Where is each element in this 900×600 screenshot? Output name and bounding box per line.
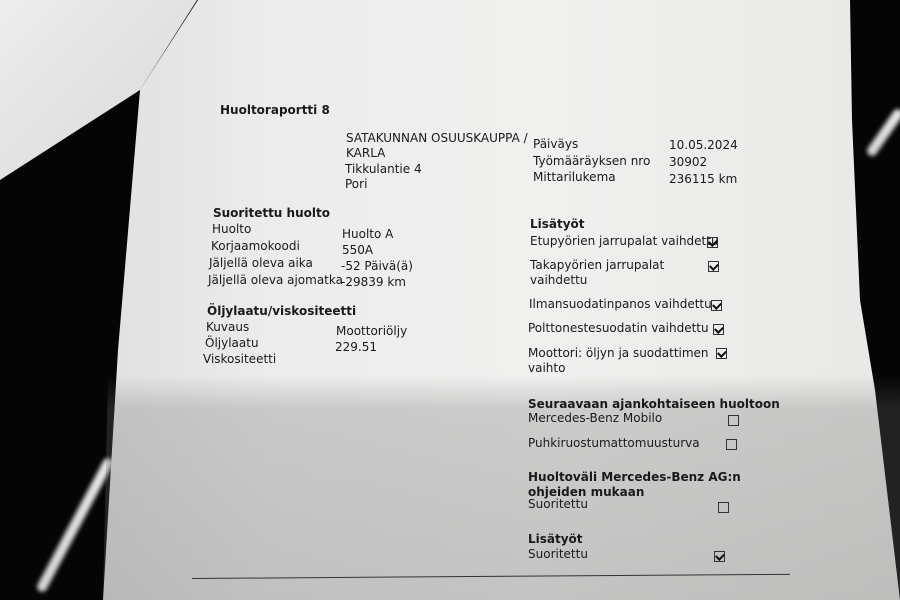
report-title: Huoltoraportti 8: [220, 103, 330, 118]
checklist-label: Ilmansuodatinpanos vaihdettu: [529, 297, 712, 312]
field-label: Huolto: [212, 222, 251, 237]
checklist-label: Polttonestesuodatin vaihdettu: [528, 321, 709, 336]
checkbox-checked[interactable]: [707, 237, 718, 248]
checkbox-unchecked[interactable]: [718, 502, 729, 513]
meta-work-order: 30902: [669, 155, 707, 170]
field-label: Kuvaus: [206, 320, 249, 335]
checkbox-checked[interactable]: [714, 551, 725, 562]
checklist-label: Mercedes-Benz Mobilo: [528, 411, 662, 426]
dealer-name-line2: KARLA: [346, 146, 385, 161]
meta-odometer: 236115 km: [669, 172, 737, 187]
meta-date: 10.05.2024: [669, 138, 738, 153]
checklist-label: Puhkiruostumattomuusturva: [528, 436, 700, 451]
field-value: -52 Päivä(ä): [341, 259, 413, 274]
meta-label: Mittarilukema: [533, 170, 616, 185]
checklist-label: Takapyörien jarrupalat vaihdettu: [530, 258, 680, 288]
dealer-street: Tikkulantie 4: [345, 162, 422, 177]
background-glare: [35, 456, 114, 593]
field-value: Huolto A: [342, 227, 393, 242]
checkbox-unchecked[interactable]: [728, 415, 739, 426]
dealer-name-line1: SATAKUNNAN OSUUSKAUPPA /: [346, 131, 528, 146]
field-label: Öljylaatu: [205, 336, 259, 351]
field-value: -29839 km: [341, 275, 406, 290]
checkbox-checked[interactable]: [713, 324, 724, 335]
checkbox-unchecked[interactable]: [726, 439, 737, 450]
checklist-label: Etupyörien jarrupalat vaihdettu: [530, 234, 719, 249]
field-label: Viskositeetti: [203, 352, 276, 367]
field-label: Jäljellä oleva aika: [209, 256, 313, 271]
checklist-label: Suoritettu: [528, 547, 588, 562]
checkbox-checked[interactable]: [716, 348, 727, 359]
field-value: Moottoriöljy: [336, 324, 407, 339]
section-heading: Lisätyöt: [530, 217, 585, 232]
background-glare: [865, 107, 900, 158]
section-heading: Öljylaatu/viskositeetti: [207, 304, 356, 319]
field-label: Jäljellä oleva ajomatka: [208, 273, 343, 288]
checkbox-checked[interactable]: [711, 300, 722, 311]
section-heading: Lisätyöt: [528, 532, 583, 547]
section-heading: Seuraavaan ajankohtaiseen huoltoon: [528, 397, 780, 412]
checklist-label: Moottori: öljyn ja suodattimen vaihto: [528, 346, 713, 376]
section-heading: Suoritettu huolto: [213, 206, 330, 221]
meta-label: Työmääräyksen nro: [533, 154, 650, 169]
field-label: Korjaamokoodi: [211, 239, 300, 254]
meta-label: Päiväys: [533, 137, 578, 152]
checkbox-checked[interactable]: [708, 261, 719, 272]
field-value: 229.51: [335, 340, 377, 355]
section-heading: Huoltoväli Mercedes-Benz AG:n ohjeiden m…: [528, 470, 788, 500]
field-value: 550A: [342, 243, 373, 258]
checklist-label: Suoritettu: [528, 497, 588, 512]
dealer-city: Pori: [345, 177, 367, 192]
